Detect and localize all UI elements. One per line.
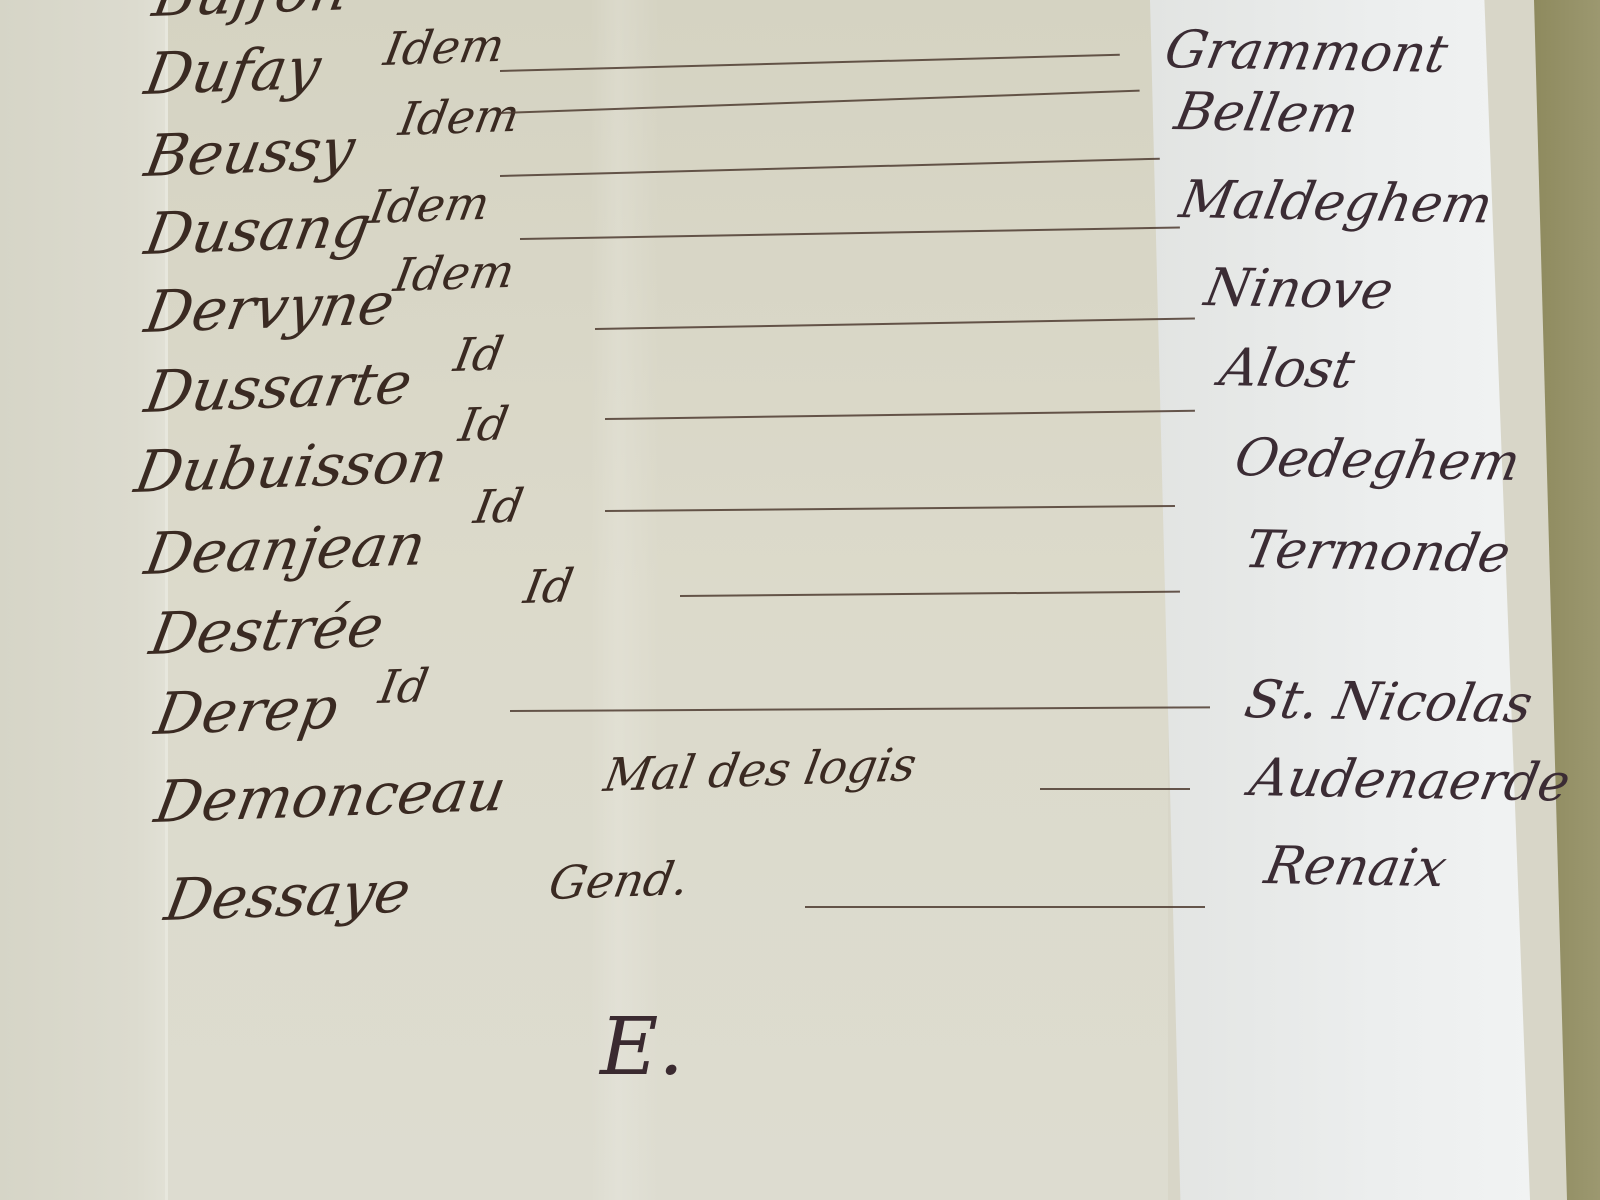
entry-town: Audenaerde: [1245, 748, 1575, 814]
entry-town: Bellem: [1170, 82, 1363, 145]
entry-rank: Id: [375, 658, 433, 714]
entry-surname: Deanjean: [140, 510, 431, 588]
document-photo: Buffon Dufay Idem Grammont Beussy Idem B…: [0, 0, 1600, 1200]
entry-surname: Dussarte: [140, 349, 417, 426]
entry-surname: Dusang: [140, 192, 376, 268]
entry-town: St. Nicolas: [1240, 670, 1537, 735]
entry-leader-line: [500, 54, 1120, 72]
entry-rank: Idem: [380, 18, 509, 76]
entry-surname: Dessaye: [160, 858, 416, 934]
entry-surname: Demonceau: [150, 756, 511, 836]
entry-rank: Idem: [390, 244, 519, 302]
entry-rank: Idem: [395, 88, 524, 146]
entry-rank: Id: [520, 558, 578, 614]
entry-surname: Buffon: [148, 0, 355, 30]
entry-rank: Mal des logis: [600, 737, 921, 802]
entry-surname: Dufay: [140, 34, 326, 108]
register-entry: Dessaye Gend. Renaix: [0, 866, 1600, 956]
entry-leader-line: [510, 706, 1210, 712]
entry-town: Grammont: [1160, 20, 1452, 85]
footer-mark: E.: [600, 1000, 684, 1093]
entry-rank: Gend.: [545, 851, 693, 910]
entry-surname: Destrée: [145, 592, 389, 668]
entry-rank: Id: [450, 326, 508, 382]
entry-town: Renaix: [1260, 836, 1451, 899]
register-list: Buffon Dufay Idem Grammont Beussy Idem B…: [0, 0, 1600, 1200]
entry-surname: Dervyne: [140, 269, 400, 346]
entry-rank: Id: [455, 396, 513, 452]
entry-town: Termonde: [1240, 520, 1515, 585]
entry-surname: Derep: [150, 674, 343, 748]
entry-town: Maldeghem: [1175, 170, 1497, 235]
entry-town: Oedeghem: [1230, 428, 1525, 493]
entry-leader-line: [805, 906, 1205, 908]
entry-leader-line: [1040, 788, 1190, 790]
register-entry: Dubuisson Id Oedeghem: [0, 438, 1600, 528]
entry-rank: Idem: [365, 176, 494, 234]
entry-surname: Beussy: [140, 115, 360, 190]
entry-rank: Id: [470, 478, 528, 534]
entry-town: Ninove: [1200, 258, 1398, 321]
entry-surname: Dubuisson: [130, 427, 453, 506]
entry-town: Alost: [1215, 338, 1359, 400]
